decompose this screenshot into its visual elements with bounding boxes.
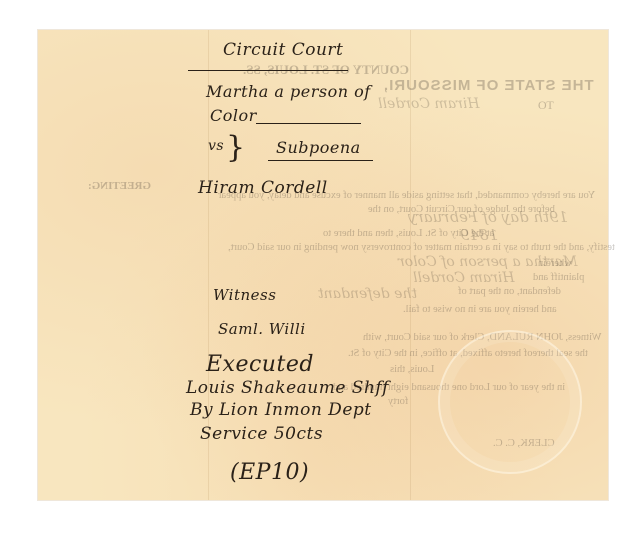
archive-reference: (EP10) bbox=[230, 460, 309, 485]
defendant-name: Hiram Cordell bbox=[198, 178, 328, 198]
underline bbox=[268, 160, 373, 161]
bleed-line: defendant, on the part of bbox=[458, 286, 561, 297]
underline bbox=[256, 123, 361, 124]
bleed-hand: Hiram Cordell bbox=[378, 96, 480, 112]
brace: } bbox=[226, 130, 245, 165]
bleed-state: THE STATE OF MISSOURI, bbox=[383, 77, 594, 94]
bleed-hand-party: the defendant bbox=[318, 286, 417, 302]
sheriff-signature: Louis Shakeaume Shff bbox=[186, 378, 389, 398]
bleed-line: plaintiff and bbox=[533, 272, 584, 283]
plaintiff-line2: Color bbox=[210, 106, 257, 125]
bleed-to: TO bbox=[538, 98, 554, 113]
court-name: Circuit Court bbox=[223, 40, 343, 60]
witness-label: Witness bbox=[213, 286, 276, 304]
bleed-greeting: GREETING: bbox=[88, 180, 151, 192]
service-fee: Service 50cts bbox=[200, 424, 323, 444]
bleed-line: and herein you are in no wise to fail. bbox=[403, 304, 557, 315]
bleed-hand-year: 1849 bbox=[460, 226, 498, 244]
plaintiff-line1: Martha a person of bbox=[206, 82, 371, 101]
executed-note: Executed bbox=[206, 352, 314, 377]
document-type: Subpoena bbox=[276, 138, 361, 157]
bleed-hand-date: 19th day of February bbox=[408, 208, 568, 226]
bleed-line: Louis, this bbox=[390, 364, 434, 375]
bleed-hand-defendant: Hiram Cordell bbox=[413, 270, 515, 286]
bleed-hand-plaintiff: Martha a person of Color bbox=[398, 254, 577, 270]
deputy-signature: By Lion Inmon Dept bbox=[190, 400, 372, 420]
witness-name: Saml. Willi bbox=[218, 320, 306, 338]
underline bbox=[188, 70, 348, 71]
versus: vs bbox=[208, 138, 224, 154]
bleed-line: testify, and the truth to say in a certa… bbox=[228, 242, 615, 253]
embossed-seal bbox=[438, 330, 582, 474]
bleed-line: forty bbox=[388, 396, 408, 407]
document-page: COUNTY OF ST. LOUIS, SS. THE STATE OF MI… bbox=[38, 30, 608, 500]
